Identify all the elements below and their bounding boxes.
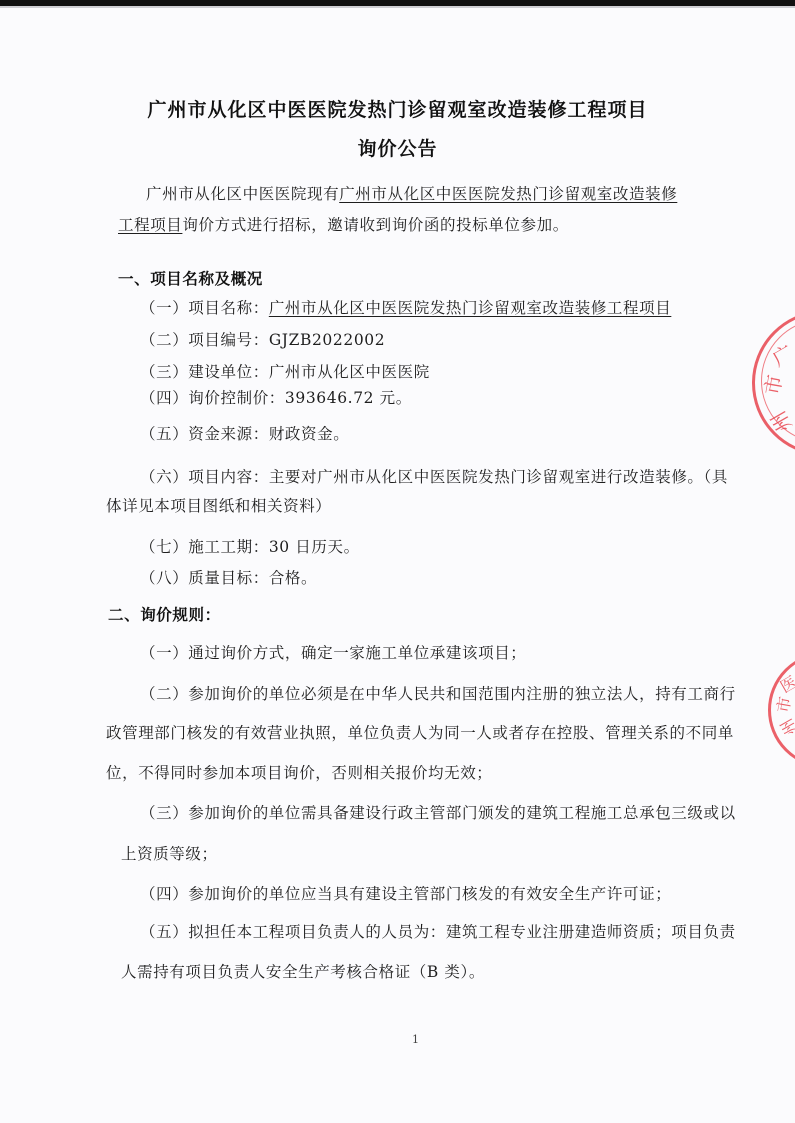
item-label: （二）项目编号： bbox=[140, 331, 269, 349]
rule-3-line-2: 上资质等级； bbox=[121, 844, 218, 864]
rule-3-line-1: （三）参加询价的单位需具备建设行政主管部门颁发的建筑工程施工总承包三级或以 bbox=[140, 803, 736, 823]
item-value: GJZB2022002 bbox=[269, 331, 385, 349]
rule-2-line-3: 位，不得同时参加本项目询价，否则相关报价均无效； bbox=[106, 763, 492, 783]
item-label: （四）询价控制价： bbox=[140, 389, 285, 407]
item-value: 广州市从化区中医医院发热门诊留观室改造装修工程项目 bbox=[269, 299, 672, 317]
rule-4: （四）参加询价的单位应当具有建设主管部门核发的有效安全生产许可证； bbox=[140, 884, 671, 904]
intro-project-name-cont: 工程项目 bbox=[118, 216, 182, 234]
section-1-heading: 一、项目名称及概况 bbox=[118, 267, 263, 289]
document-title: 广州市从化区中医医院发热门诊留观室改造装修工程项目 bbox=[0, 95, 795, 122]
item-label: （五）资金来源： bbox=[140, 425, 269, 443]
item-value: 广州市从化区中医医院 bbox=[269, 363, 430, 381]
page-number: 1 bbox=[412, 1033, 419, 1046]
section-2-heading: 二、询价规则： bbox=[108, 603, 221, 625]
item-label: （七）施工工期： bbox=[140, 538, 269, 556]
item-builder: （三）建设单位：广州市从化区中医医院 bbox=[140, 362, 430, 382]
item-fund-source: （五）资金来源：财政资金。 bbox=[140, 424, 349, 444]
intro-suffix: 询价方式进行招标，邀请收到询价函的投标单位参加。 bbox=[182, 216, 568, 234]
intro-prefix: 广州市从化区中医医院现有 bbox=[146, 185, 339, 203]
rule-1: （一）通过询价方式，确定一家施工单位承建该项目； bbox=[140, 643, 526, 663]
item-value: 393646.72 元。 bbox=[285, 389, 412, 407]
item-value: 30 日历天。 bbox=[269, 538, 360, 556]
item-label: （六）项目内容： bbox=[140, 468, 269, 486]
item-construction-period: （七）施工工期：30 日历天。 bbox=[140, 537, 360, 557]
rule-5-line-2: 人需持有项目负责人安全生产考核合格证（B 类）。 bbox=[121, 962, 485, 982]
item-value: 财政资金。 bbox=[269, 425, 350, 443]
item-project-number: （二）项目编号：GJZB2022002 bbox=[140, 330, 385, 350]
item-project-content: （六）项目内容：主要对广州市从化区中医医院发热门诊留观室进行改造装修。（具 bbox=[140, 467, 728, 487]
scan-top-edge-shadow bbox=[0, 6, 795, 8]
intro-line-2: 工程项目询价方式进行招标，邀请收到询价函的投标单位参加。 bbox=[118, 215, 569, 235]
document-subtitle: 询价公告 bbox=[0, 134, 795, 161]
item-value: 合格。 bbox=[269, 569, 317, 587]
rule-5-line-1: （五）拟担任本工程项目负责人的人员为：建筑工程专业注册建造师资质；项目负责 bbox=[140, 922, 736, 942]
intro-project-name: 广州市从化区中医医院发热门诊留观室改造装修 bbox=[339, 185, 677, 203]
item-quality-target: （八）质量目标：合格。 bbox=[140, 568, 317, 588]
item-project-name: （一）项目名称：广州市从化区中医医院发热门诊留观室改造装修工程项目 bbox=[140, 298, 671, 318]
item-label: （三）建设单位： bbox=[140, 363, 269, 381]
item-project-content-cont: 体详见本项目图纸和相关资料） bbox=[106, 496, 331, 516]
intro-line-1: 广州市从化区中医医院现有广州市从化区中医医院发热门诊留观室改造装修 bbox=[146, 184, 677, 204]
item-control-price: （四）询价控制价：393646.72 元。 bbox=[140, 388, 412, 408]
rule-2-line-2: 政管理部门核发的有效营业执照，单位负责人为同一人或者存在控股、管理关系的不同单 bbox=[106, 723, 734, 743]
item-label: （一）项目名称： bbox=[140, 299, 269, 317]
rule-2-line-1: （二）参加询价的单位必须是在中华人民共和国范围内注册的独立法人，持有工商行 bbox=[140, 684, 736, 704]
item-value: 主要对广州市从化区中医医院发热门诊留观室进行改造装修。（具 bbox=[269, 468, 728, 486]
item-label: （八）质量目标： bbox=[140, 569, 269, 587]
